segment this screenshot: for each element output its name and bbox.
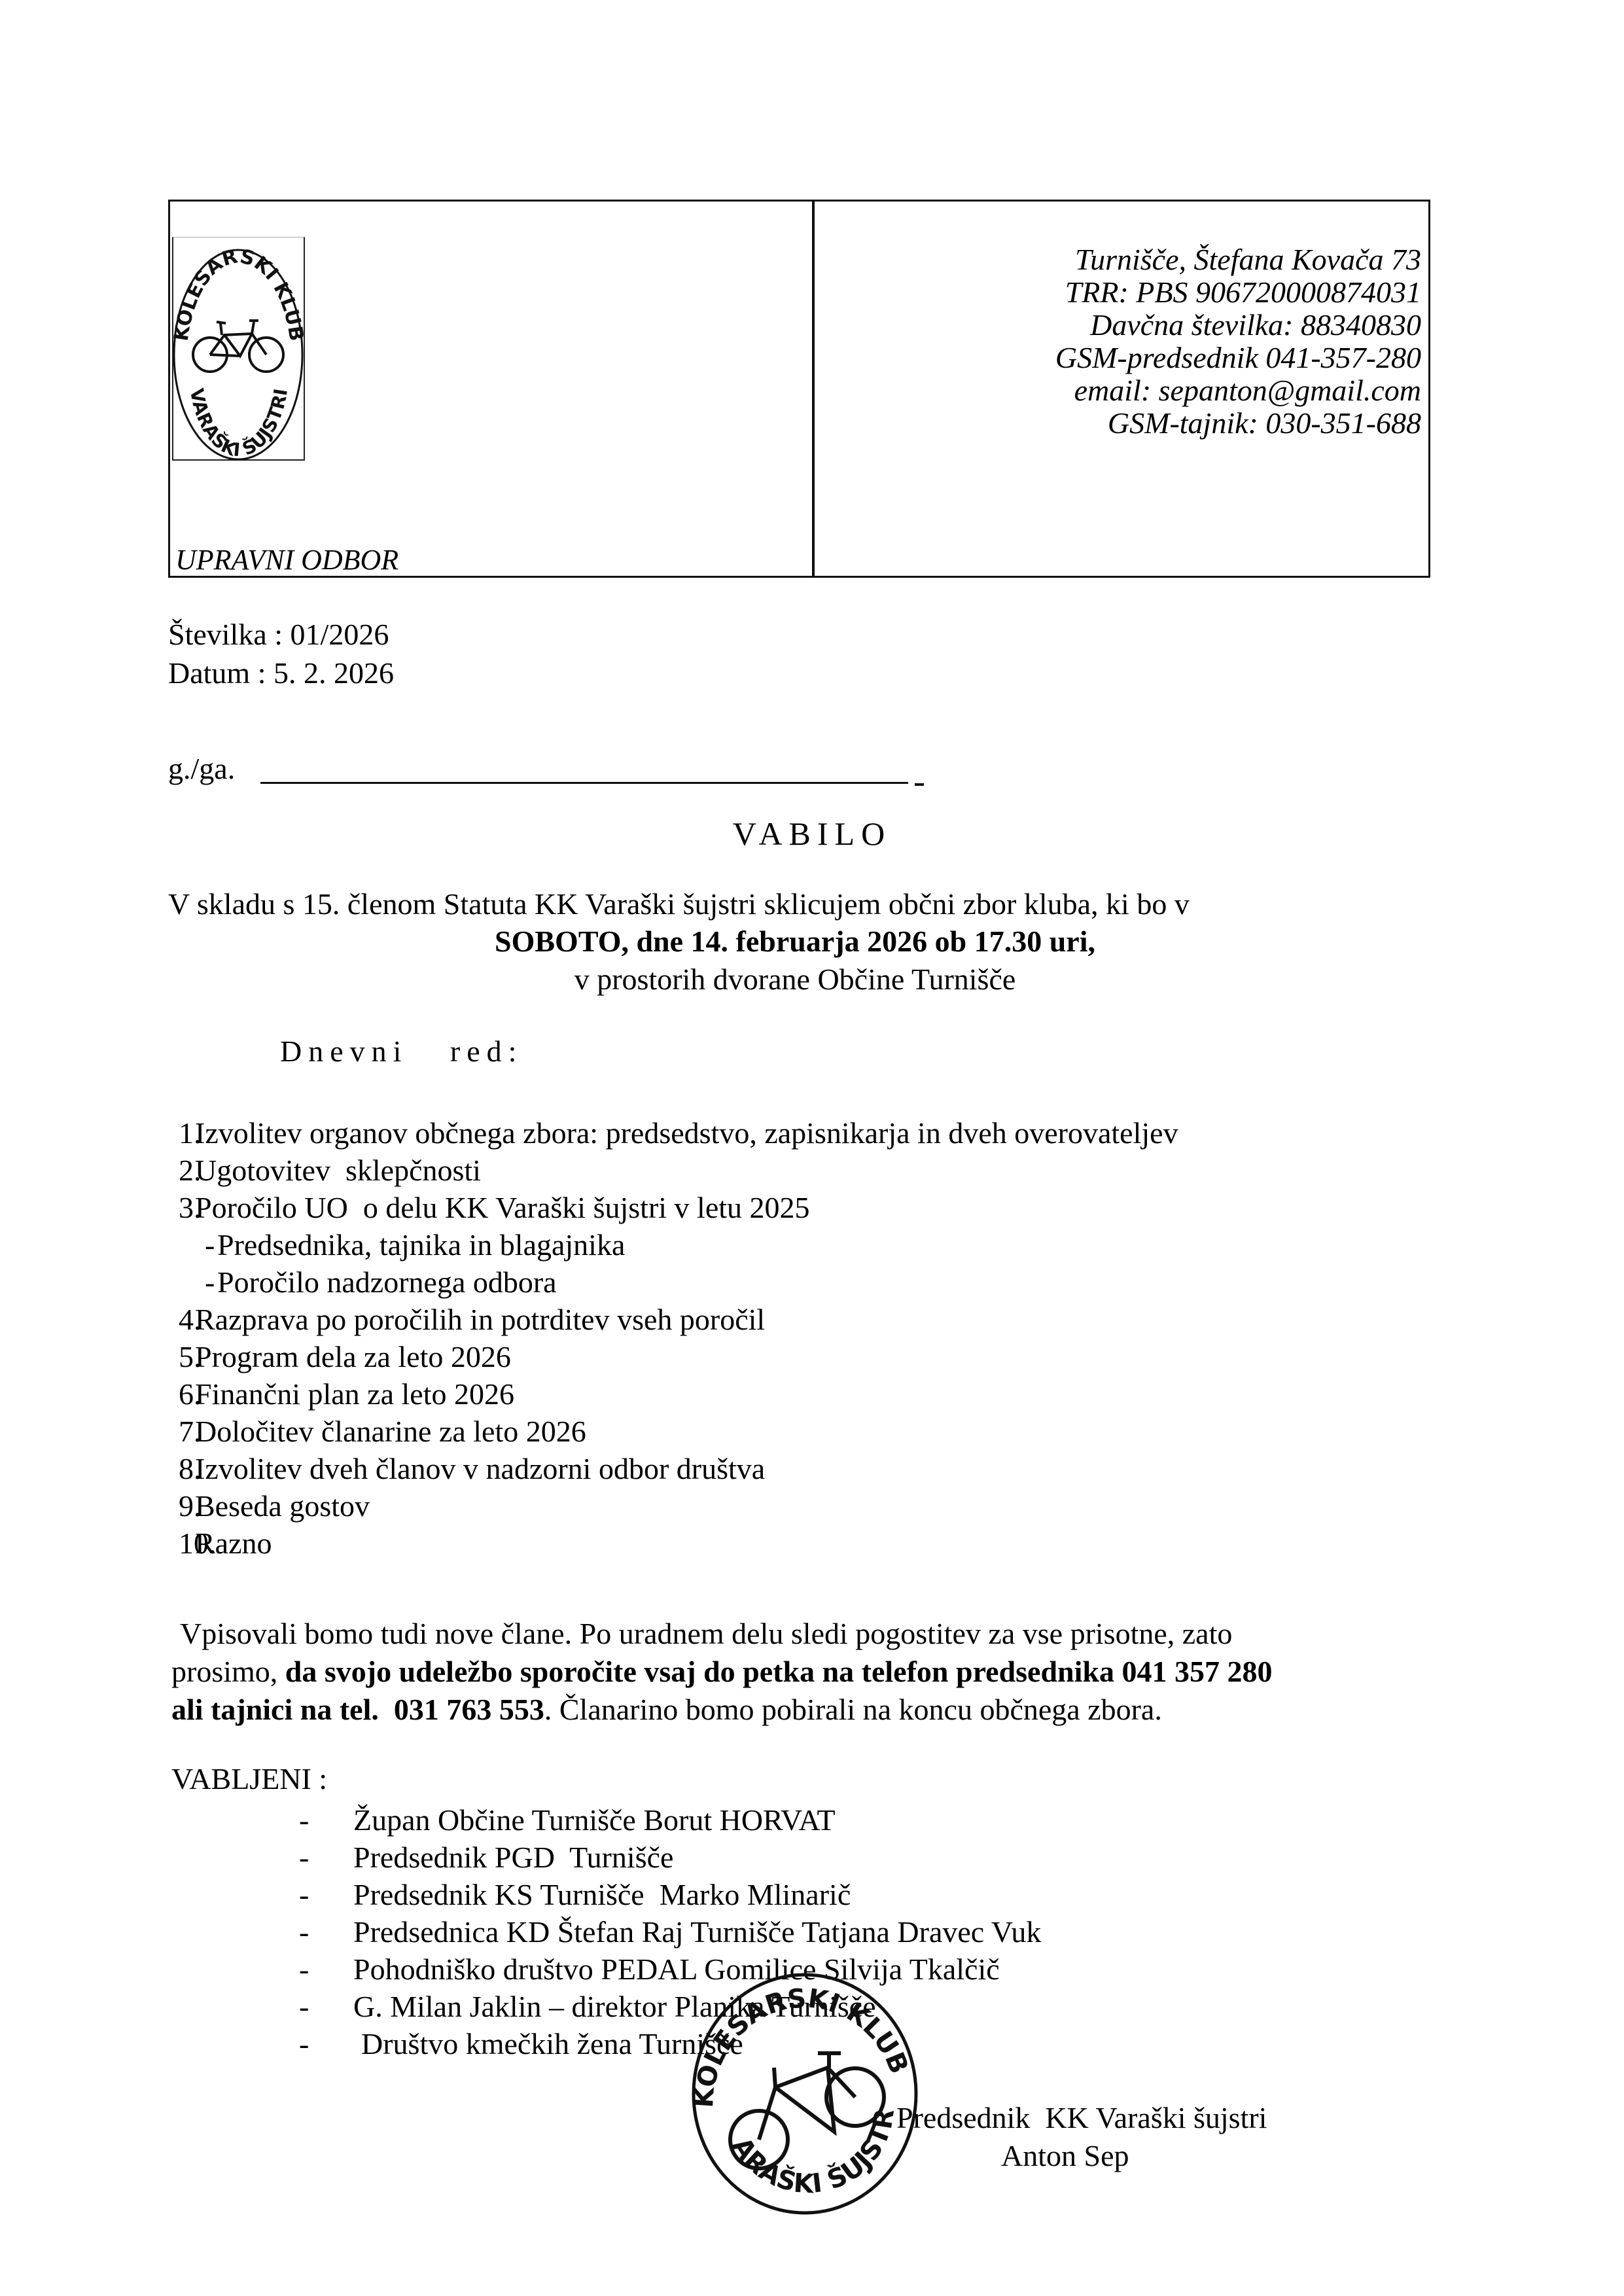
- bicycle-club-logo-icon: KOLESARSKI KLUB VARAŠKI ŠUJSTRI: [172, 237, 305, 461]
- notice-secretary-phone: ali tajnici na tel. 031 763 553: [171, 1693, 544, 1726]
- svg-text:KOLESARSKI KLUB: KOLESARSKI KLUB: [170, 245, 308, 342]
- addressee-line-end: [915, 783, 924, 786]
- notice-text: prosimo,: [171, 1655, 285, 1688]
- document-title: VABILO: [0, 815, 1624, 853]
- agenda-item: Razno: [195, 1526, 272, 1561]
- contact-block: Turnišče, Štefana Kovača 73 TRR: PBS 906…: [1055, 243, 1421, 440]
- agenda-item: Ugotovitev sklepčnosti: [195, 1153, 481, 1188]
- invited-bullet: -: [299, 1840, 309, 1875]
- invited-item: Župan Občine Turnišče Borut HORVAT: [353, 1803, 836, 1837]
- invited-item: Predsednik PGD Turnišče: [353, 1840, 673, 1875]
- notice-line-1: Vpisovali bomo tudi nove člane. Po uradn…: [180, 1615, 1232, 1653]
- invited-heading: VABLJENI :: [171, 1761, 327, 1796]
- agenda-item: Določitev članarine za leto 2026: [195, 1414, 586, 1449]
- contact-president-phone: GSM-predsednik 041-357-280: [1055, 342, 1421, 374]
- intro-meeting-time: SOBOTO, dne 14. februarja 2026 ob 17.30 …: [0, 924, 1590, 959]
- notice-rsvp-emphasis: da svojo udeležbo sporočite vsaj do petk…: [285, 1655, 1273, 1688]
- addressee-label: g./ga.: [168, 751, 235, 786]
- agenda-subitem: Predsednika, tajnika in blagajnika: [217, 1227, 625, 1262]
- document-date: Datum : 5. 2. 2026: [168, 656, 394, 690]
- intro-line-1: V skladu s 15. členom Statuta KK Varaški…: [168, 887, 1190, 921]
- agenda-subitem-bullet: -: [205, 1265, 215, 1299]
- agenda-item: Izvolitev organov občnega zbora: predsed…: [195, 1116, 1178, 1150]
- agenda-item: Razprava po poročilih in potrditev vseh …: [195, 1302, 765, 1337]
- invited-bullet: -: [299, 1952, 309, 1987]
- agenda-item: Program dela za leto 2026: [195, 1339, 511, 1374]
- contact-address: Turnišče, Štefana Kovača 73: [1055, 243, 1421, 276]
- invited-item: Predsednica KD Štefan Raj Turnišče Tatja…: [353, 1915, 1041, 1949]
- agenda-item: Poročilo UO o delu KK Varaški šujstri v …: [195, 1190, 810, 1225]
- invited-bullet: -: [299, 1877, 309, 1912]
- letterhead-divider: [812, 200, 815, 578]
- contact-email[interactable]: email: sepanton@gmail.com: [1055, 374, 1421, 407]
- agenda-item: Izvolitev dveh članov v nadzorni odbor d…: [195, 1451, 765, 1486]
- agenda-item: Finančni plan za leto 2026: [195, 1377, 514, 1411]
- svg-text:KOLESARSKI KLUB: KOLESARSKI KLUB: [689, 1983, 914, 2108]
- contact-bank-account: TRR: PBS 906720000874031: [1055, 276, 1421, 309]
- agenda-heading: Dnevni red:: [280, 1034, 523, 1069]
- agenda-subitem-bullet: -: [205, 1227, 215, 1262]
- agenda-subitem: Poročilo nadzornega odbora: [217, 1265, 557, 1299]
- invited-item: Predsednik KS Turnišče Marko Mlinarič: [353, 1877, 851, 1912]
- svg-text:VARAŠKI ŠUJSTRI: VARAŠKI ŠUJSTRI: [186, 387, 292, 461]
- notice-line-2: prosimo, da svojo udeležbo sporočite vsa…: [171, 1653, 1273, 1691]
- contact-secretary-phone: GSM-tajnik: 030-351-688: [1055, 407, 1421, 440]
- intro-location: v prostorih dvorane Občine Turnišče: [0, 962, 1590, 997]
- invited-bullet: -: [299, 1989, 309, 2024]
- addressee-line: [260, 782, 908, 784]
- department-label: UPRAVNI ODBOR: [175, 543, 398, 576]
- signature-name: Anton Sep: [1001, 2138, 1129, 2173]
- club-stamp-icon: KOLESARSKI KLUB VARAŠKI ŠUJSTRI: [684, 1969, 926, 2218]
- invited-bullet: -: [299, 1803, 309, 1837]
- notice-line-3: ali tajnici na tel. 031 763 553. Članari…: [171, 1691, 1162, 1729]
- agenda-item: Beseda gostov: [195, 1489, 370, 1523]
- document-number: Številka : 01/2026: [168, 617, 389, 652]
- invited-bullet: -: [299, 2026, 309, 2061]
- contact-tax-number: Davčna številka: 88340830: [1055, 309, 1421, 342]
- notice-text: . Članarino bomo pobirali na koncu občne…: [544, 1693, 1162, 1726]
- invited-bullet: -: [299, 1915, 309, 1949]
- signature-role: Predsednik KK Varaški šujstri: [896, 2100, 1267, 2135]
